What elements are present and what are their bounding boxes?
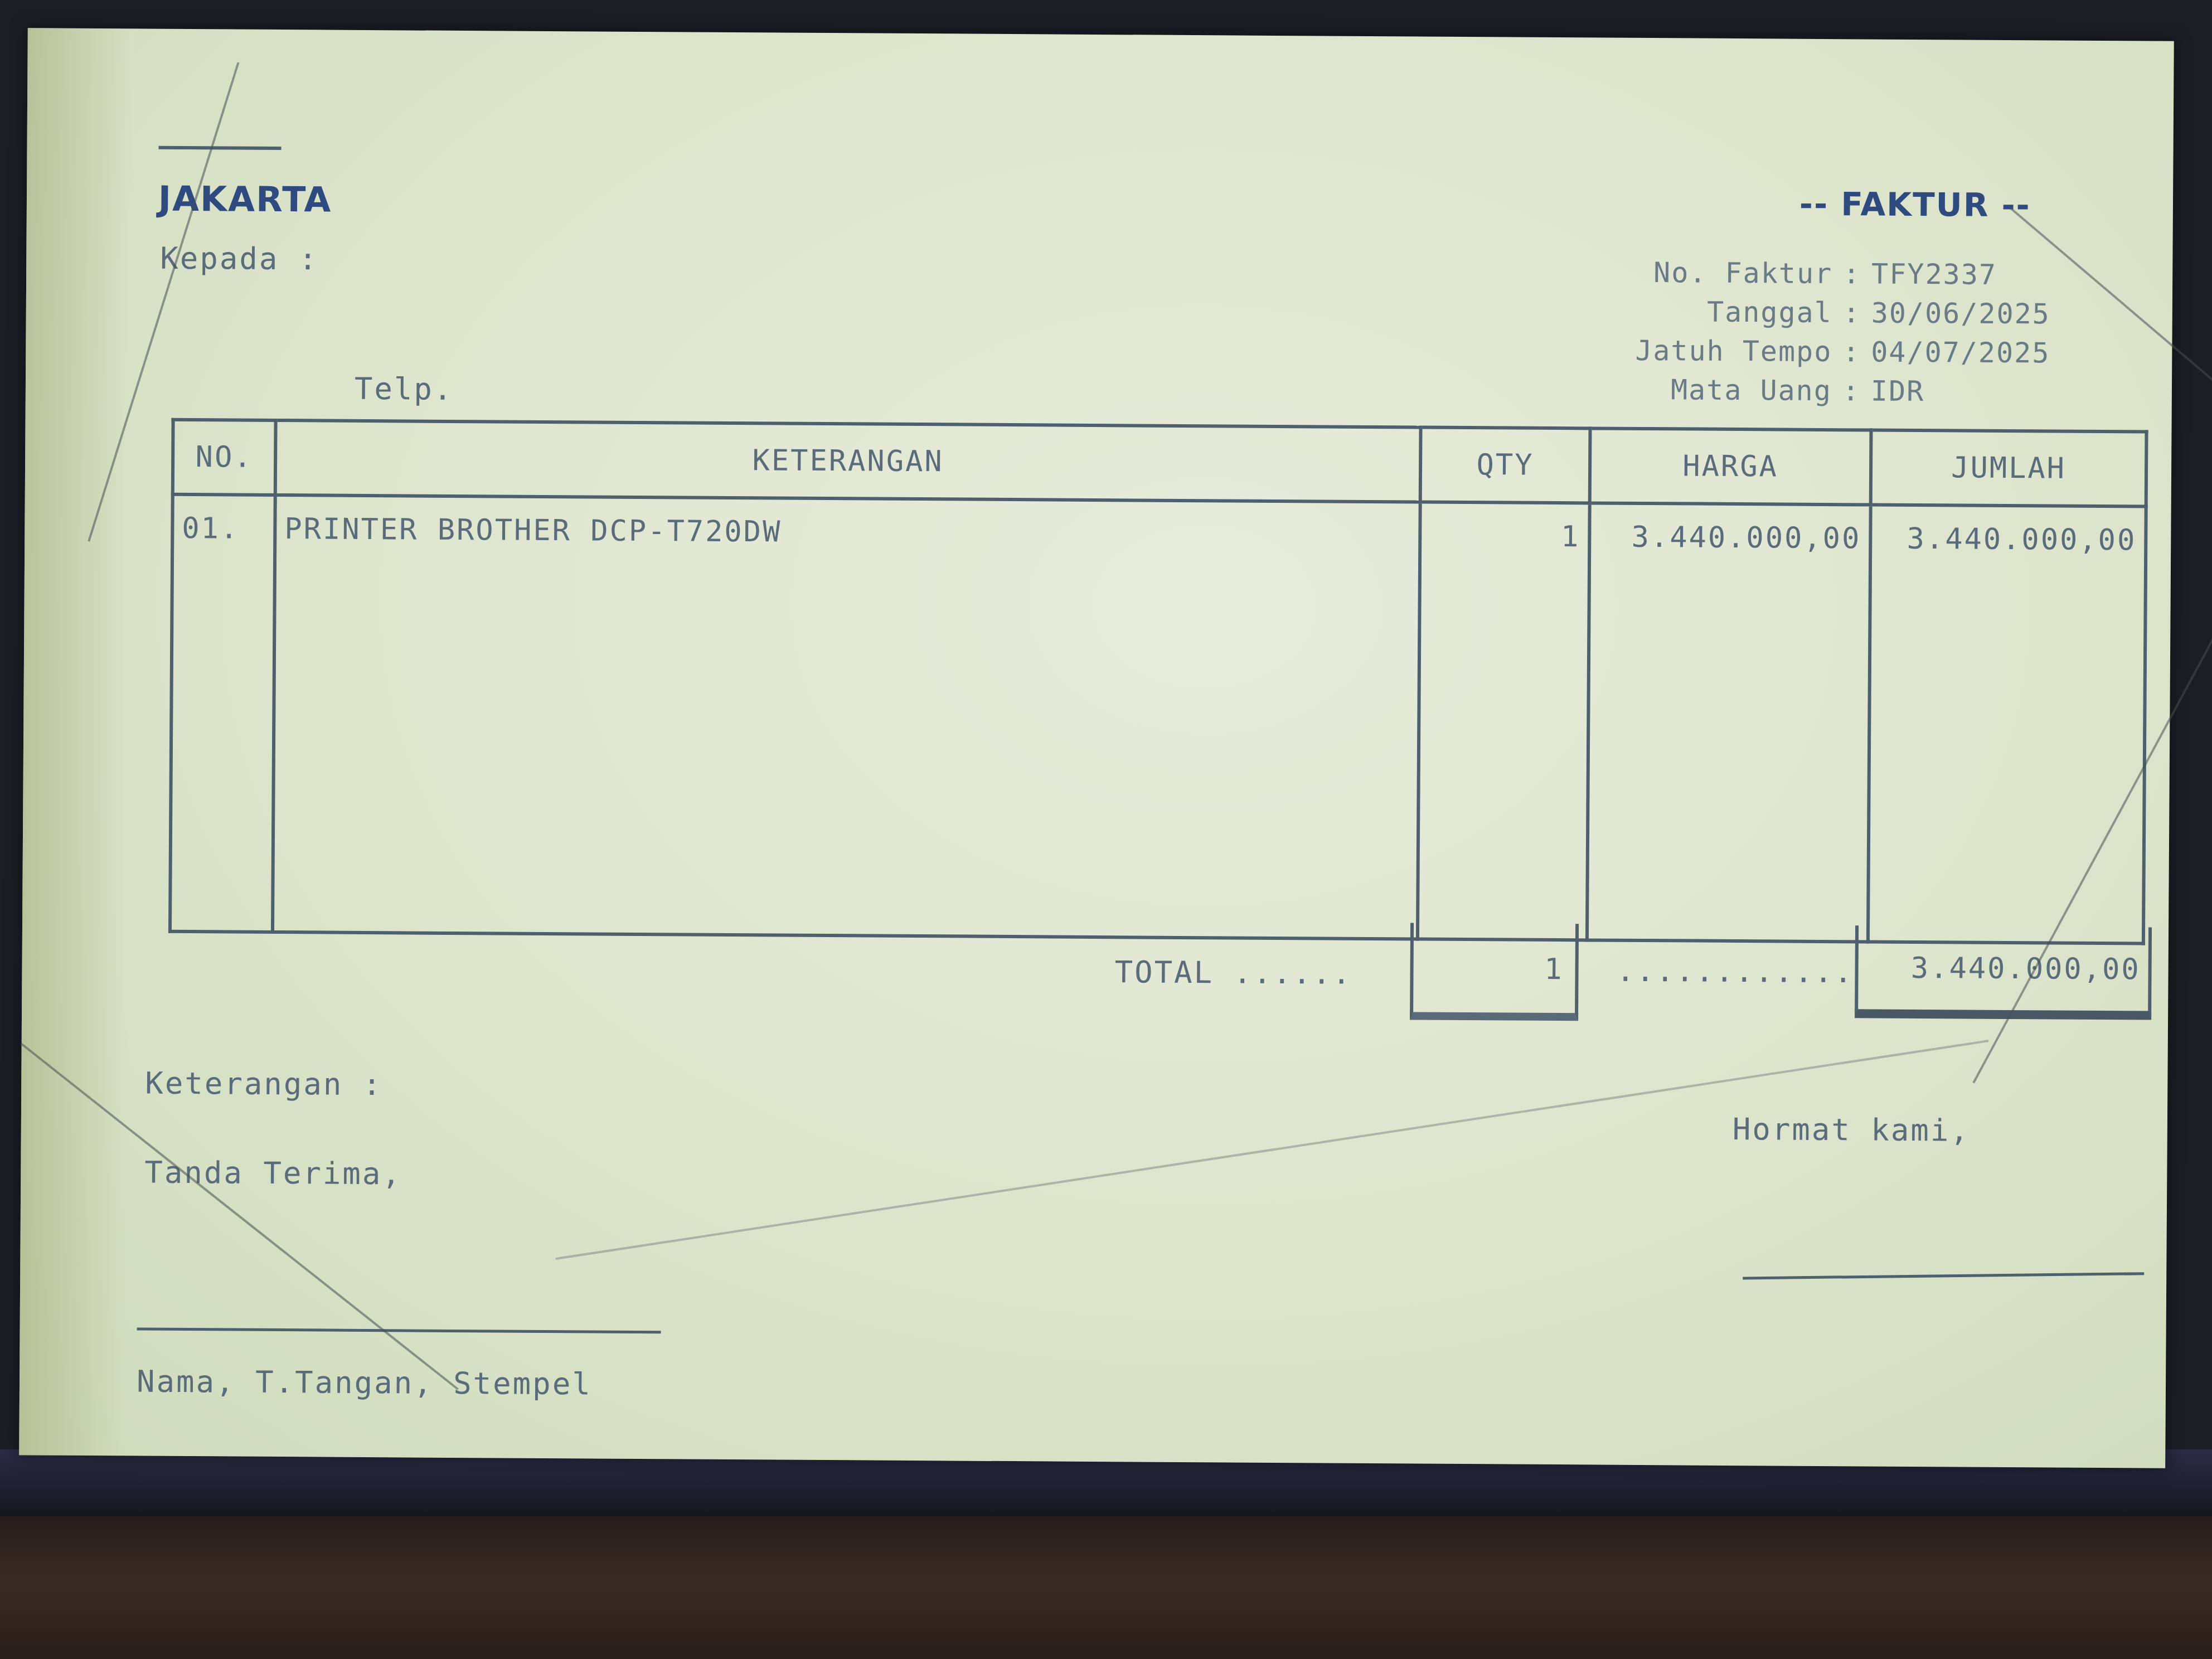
header-rule	[159, 146, 282, 150]
paper-crease	[2010, 207, 2212, 462]
total-qty: 1	[1544, 953, 1562, 986]
receiver-signature-line	[137, 1328, 661, 1334]
signature-caption: Nama, T.Tangan, Stempel	[137, 1364, 592, 1402]
meta-due-date: Jatuh Tempo : 04/07/2025	[1542, 334, 2155, 370]
meta-value: IDR	[1871, 375, 2155, 409]
cell-no: 01.	[170, 494, 275, 932]
sender-signature-line	[1743, 1272, 2144, 1279]
meta-value: 30/06/2025	[1871, 297, 2156, 331]
recipient-label: Kepada :	[160, 241, 318, 277]
cell-description: PRINTER BROTHER DCP-T720DW	[273, 495, 1420, 939]
meta-date: Tanggal : 30/06/2025	[1542, 295, 2156, 331]
phone-label: Telp.	[355, 371, 454, 407]
meta-separator: :	[1832, 375, 1871, 407]
column-header-qty: QTY	[1420, 428, 1590, 503]
meta-separator: :	[1832, 258, 1871, 290]
paper-fold-shadow	[19, 28, 134, 1456]
column-header-no: NO.	[173, 420, 276, 495]
column-header-price: HARGA	[1590, 428, 1871, 505]
regards-label: Hormat kami,	[1733, 1112, 1971, 1148]
document-title: -- FAKTUR --	[1799, 185, 2031, 225]
meta-value: 04/07/2025	[1871, 336, 2155, 370]
meta-label: Tanggal	[1542, 295, 1832, 329]
invoice-paper: JAKARTA Kepada : Telp. -- FAKTUR -- No. …	[19, 28, 2174, 1468]
table-row: 01. PRINTER BROTHER DCP-T720DW 1 3.440.0…	[170, 494, 2146, 944]
desk-surface	[0, 1505, 2212, 1659]
total-leader-dots: ............	[1616, 953, 1854, 990]
meta-value: TFY2337	[1871, 258, 2156, 292]
table-header-row: NO. KETERANGAN QTY HARGA JUMLAH	[173, 420, 2147, 507]
meta-invoice-number: No. Faktur : TFY2337	[1542, 256, 2156, 292]
meta-separator: :	[1832, 297, 1871, 329]
cell-amount: 3.440.000,00	[1868, 505, 2146, 943]
paper-crease	[555, 1040, 1988, 1260]
column-header-description: KETERANGAN	[275, 420, 1421, 502]
total-label: TOTAL ......	[1114, 954, 1352, 991]
cell-price: 3.440.000,00	[1587, 503, 1871, 942]
cell-qty: 1	[1418, 502, 1590, 940]
meta-label: Jatuh Tempo	[1542, 334, 1832, 368]
meta-separator: :	[1832, 336, 1871, 368]
note-label: Keterangan :	[145, 1066, 383, 1103]
total-amount: 3.440.000,00	[1911, 952, 2141, 987]
total-amount-box: 3.440.000,00	[1855, 925, 2152, 1020]
company-city: JAKARTA	[158, 178, 332, 220]
line-items-table: NO. KETERANGAN QTY HARGA JUMLAH 01. PRIN…	[168, 418, 2148, 945]
meta-currency: Mata Uang : IDR	[1542, 373, 2155, 409]
column-header-amount: JUMLAH	[1871, 430, 2147, 506]
total-qty-box: 1	[1410, 923, 1579, 1021]
meta-label: No. Faktur	[1542, 256, 1832, 290]
meta-label: Mata Uang	[1542, 373, 1832, 407]
